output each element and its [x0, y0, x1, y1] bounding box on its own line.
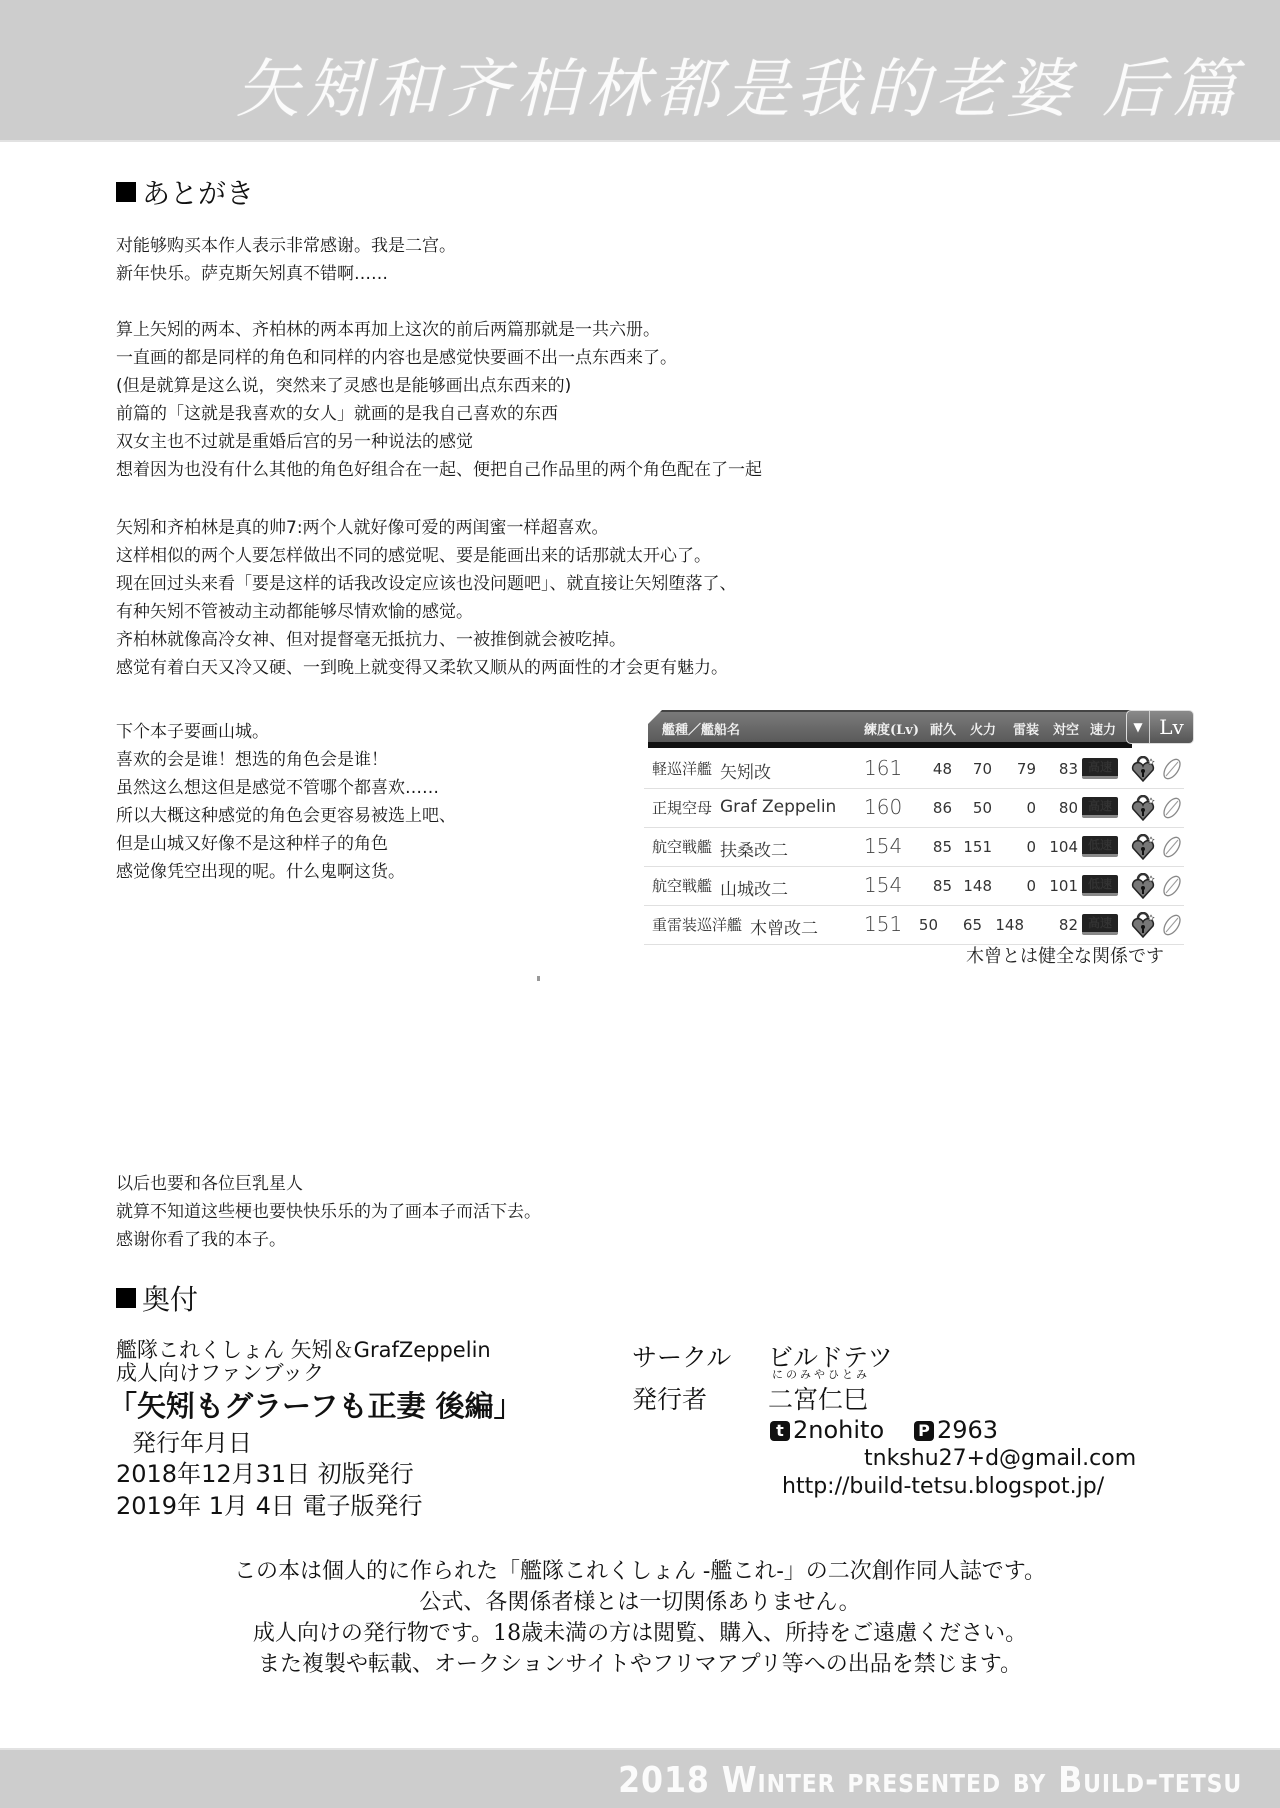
ship-firepower: 151: [956, 838, 992, 856]
dropdown-arrow-icon[interactable]: ▼: [1127, 711, 1150, 743]
ship-level: 161: [864, 756, 902, 780]
ship-type: 正規空母: [652, 797, 712, 818]
sort-dropdown[interactable]: ▼ Lv: [1126, 710, 1194, 744]
afterword-paragraph-5: 以后也要和各位巨乳星人 就算不知道这些梗也要快快乐乐的为了画本子而活下去。 感谢…: [116, 1170, 541, 1254]
table-caption: 木曾とは健全な関係です: [966, 942, 1164, 968]
ship-type: 航空戦艦: [652, 875, 712, 896]
ship-hp: 85: [916, 877, 952, 895]
col-header-firepower: 火力: [970, 719, 996, 738]
ship-level: 154: [864, 873, 902, 897]
twitter-handle: 2nohito: [793, 1416, 884, 1444]
heart-lock-icon: [1130, 756, 1156, 782]
afterword-paragraph-2: 算上矢矧的两本、齐柏林的两本再加上这次的前后两篇那就是一共六册。 一直画的都是同…: [116, 316, 762, 484]
bottom-banner: 2018 Winter presented by Build-tetsu: [0, 1748, 1280, 1808]
series-line: 艦隊これくしょん 矢矧＆GrafZeppelin: [116, 1338, 523, 1362]
afterword-paragraph-4: 下个本子要画山城。 喜欢的会是谁！想选的角色会是谁！ 虽然这么想这但是感觉不管哪…: [116, 718, 456, 886]
ship-torpedo: 0: [1000, 799, 1036, 817]
text-line: 感觉有着白天又冷又硬、一到晚上就变得又柔软又顺从的两面性的才会更有魅力。: [116, 654, 737, 682]
text-line: 前篇的「这就是我喜欢的女人」就画的是我自己喜欢的东西: [116, 400, 762, 428]
wedding-ring-icon: [1160, 912, 1184, 938]
publisher-name: 二宮仁巳: [768, 1380, 868, 1416]
ship-firepower: 65: [946, 916, 982, 934]
footer-credit: 2018 Winter presented by Build-tetsu: [618, 1760, 1242, 1801]
ship-name: 矢矧改: [720, 758, 771, 783]
heart-lock-icon: [1130, 873, 1156, 899]
speed-badge: 高速: [1082, 914, 1118, 935]
pixiv-contact[interactable]: P2963: [914, 1416, 998, 1444]
ship-name: 扶桑改二: [720, 836, 788, 861]
ship-torpedo: 79: [1000, 760, 1036, 778]
col-header-speed: 速力: [1090, 719, 1116, 738]
text-line: 喜欢的会是谁！想选的角色会是谁！: [116, 746, 456, 774]
square-bullet-icon: [116, 182, 136, 202]
ship-aa: 82: [1042, 916, 1078, 934]
afterword-heading-label: あとがき: [142, 172, 254, 212]
col-header-lv: 練度(Lv): [864, 719, 919, 738]
table-row: 航空戦艦 扶桑改二 154 85 151 0 104 低速: [644, 828, 1184, 867]
ship-type: 重雷装巡洋艦: [652, 914, 742, 935]
ship-aa: 104: [1042, 838, 1078, 856]
ship-type: 航空戦艦: [652, 836, 712, 857]
ship-hp: 86: [916, 799, 952, 817]
text-line: 算上矢矧的两本、齐柏林的两本再加上这次的前后两篇那就是一共六册。: [116, 316, 762, 344]
ship-firepower: 70: [956, 760, 992, 778]
date-label: 発行年月日: [132, 1428, 523, 1458]
colophon-book-info: 艦隊これくしょん 矢矧＆GrafZeppelin 成人向けファンブック 「矢矧も…: [116, 1338, 523, 1522]
col-header-aa: 対空: [1053, 719, 1079, 738]
ship-hp: 50: [902, 916, 938, 934]
website-link[interactable]: http://build-tetsu.blogspot.jp/: [782, 1474, 1104, 1499]
col-header-hp: 耐久: [930, 719, 956, 738]
disclaimer-line: この本は個人的に作られた「艦隊これくしょん -艦これ-」の二次創作同人誌です。: [0, 1556, 1280, 1587]
page-title: 矢矧和齐柏林都是我的老婆 后篇: [236, 38, 1242, 130]
disclaimer-line: 成人向けの発行物です。18歳未満の方は閲覧、購入、所持をご遠慮ください。: [0, 1618, 1280, 1649]
legal-disclaimer: この本は個人的に作られた「艦隊これくしょん -艦これ-」の二次創作同人誌です。 …: [0, 1556, 1280, 1680]
square-bullet-icon: [116, 1288, 136, 1308]
wedding-ring-icon: [1160, 795, 1184, 821]
sort-label: Lv: [1150, 715, 1193, 739]
text-line: 感觉像凭空出现的呢。什么鬼啊这货。: [116, 858, 456, 886]
speed-badge: 高速: [1082, 758, 1118, 779]
disclaimer-line: また複製や転載、オークションサイトやフリマアプリ等への出品を禁じます。: [0, 1649, 1280, 1680]
ship-aa: 101: [1042, 877, 1078, 895]
table-row: 正規空母 Graf Zeppelin 160 86 50 0 80 高速: [644, 789, 1184, 828]
pixiv-icon: P: [914, 1421, 934, 1441]
afterword-paragraph-3: 矢矧和齐柏林是真的帅7:两个人就好像可爱的两闺蜜一样超喜欢。 这样相似的两个人要…: [116, 514, 737, 682]
text-line: 虽然这么想这但是感觉不管哪个都喜欢……: [116, 774, 456, 802]
ship-name: Graf Zeppelin: [720, 797, 836, 817]
afterword-heading: あとがき: [116, 172, 254, 212]
wedding-ring-icon: [1160, 873, 1184, 899]
text-line: 双女主也不过就是重婚后宫的另一种说法的感觉: [116, 428, 762, 456]
heart-lock-icon: [1130, 834, 1156, 860]
table-row: 重雷装巡洋艦 木曾改二 151 50 65 148 82 高速: [644, 906, 1184, 945]
ship-firepower: 50: [956, 799, 992, 817]
table-row: 軽巡洋艦 矢矧改 161 48 70 79 83 高速: [644, 750, 1184, 789]
wedding-ring-icon: [1160, 756, 1184, 782]
text-line: 以后也要和各位巨乳星人: [116, 1170, 541, 1198]
speed-badge: 高速: [1082, 797, 1118, 818]
text-line: 就算不知道这些梗也要快快乐乐的为了画本子而活下去。: [116, 1198, 541, 1226]
text-line: 一直画的都是同样的角色和同样的内容也是感觉快要画不出一点东西来了。: [116, 344, 762, 372]
heart-lock-icon: [1130, 912, 1156, 938]
circle-label: サークル: [632, 1338, 731, 1374]
text-line: 矢矧和齐柏林是真的帅7:两个人就好像可爱的两闺蜜一样超喜欢。: [116, 514, 737, 542]
text-line: 有种矢矧不管被动主动都能够尽情欢愉的感觉。: [116, 598, 737, 626]
text-line: 感谢你看了我的本子。: [116, 1226, 541, 1254]
ship-firepower: 148: [956, 877, 992, 895]
date-digital-edition: 2019年 1月 4日 電子版発行: [116, 1490, 523, 1522]
top-banner: 矢矧和齐柏林都是我的老婆 后篇: [0, 0, 1280, 142]
publisher-label: 発行者: [632, 1380, 707, 1416]
text-line: 但是山城又好像不是这种样子的角色: [116, 830, 456, 858]
ship-name: 木曾改二: [750, 914, 818, 939]
text-line: 现在回过头来看「要是这样的话我改设定应该也没问题吧」、就直接让矢矧堕落了、: [116, 570, 737, 598]
book-title: 「矢矧もグラーフも正妻 後編」: [108, 1384, 523, 1428]
pixiv-id: 2963: [937, 1416, 998, 1444]
twitter-icon: t: [770, 1421, 790, 1441]
text-line: 新年快乐。萨克斯矢矧真不错啊……: [116, 260, 456, 288]
text-line: 想着因为也没有什么其他的角色好组合在一起、便把自己作品里的两个角色配在了一起: [116, 456, 762, 484]
colophon-heading: 奥付: [116, 1278, 198, 1318]
date-first-edition: 2018年12月31日 初版発行: [116, 1458, 523, 1490]
type-line: 成人向けファンブック: [116, 1362, 523, 1384]
col-header-ship: 艦種／艦船名: [662, 719, 740, 738]
ship-aa: 80: [1042, 799, 1078, 817]
speed-badge: 低速: [1082, 875, 1118, 896]
disclaimer-line: 公式、各関係者様とは一切関係ありません。: [0, 1587, 1280, 1618]
ship-name: 山城改二: [720, 875, 788, 900]
ship-torpedo: 0: [1000, 877, 1036, 895]
text-line: 这样相似的两个人要怎样做出不同的感觉呢、要是能画出来的话那就太开心了。: [116, 542, 737, 570]
text-line: (但是就算是这么说，突然来了灵感也是能够画出点东西来的): [116, 372, 762, 400]
text-line: 对能够购买本作人表示非常感谢。我是二宫。: [116, 232, 456, 260]
twitter-contact[interactable]: t2nohito: [770, 1416, 884, 1444]
wedding-ring-icon: [1160, 834, 1184, 860]
ship-torpedo: 0: [1000, 838, 1036, 856]
afterword-paragraph-1: 对能够购买本作人表示非常感谢。我是二宫。 新年快乐。萨克斯矢矧真不错啊……: [116, 232, 456, 288]
text-line: 下个本子要画山城。: [116, 718, 456, 746]
ship-aa: 83: [1042, 760, 1078, 778]
table-row: 航空戦艦 山城改二 154 85 148 0 101 低速: [644, 867, 1184, 906]
col-header-torpedo: 雷装: [1013, 719, 1039, 738]
stray-mark: [537, 976, 540, 981]
speed-badge: 低速: [1082, 836, 1118, 857]
table-header-row: 艦種／艦船名 練度(Lv) 耐久 火力 雷装 対空 速力 ▼ Lv: [644, 710, 1194, 750]
ship-hp: 85: [916, 838, 952, 856]
ship-hp: 48: [916, 760, 952, 778]
email-link[interactable]: tnkshu27+d@gmail.com: [864, 1446, 1136, 1471]
table-header-bar: 艦種／艦船名 練度(Lv) 耐久 火力 雷装 対空 速力: [648, 710, 1132, 748]
ship-level: 151: [864, 912, 902, 936]
text-line: 齐柏林就像高冷女神、但对提督毫无抵抗力、一被推倒就会被吃掉。: [116, 626, 737, 654]
ship-level: 160: [864, 795, 902, 819]
ship-list-table: 艦種／艦船名 練度(Lv) 耐久 火力 雷装 対空 速力 ▼ Lv 軽巡洋艦 矢…: [644, 710, 1194, 945]
text-line: 所以大概这种感觉的角色会更容易被选上吧、: [116, 802, 456, 830]
colophon-heading-label: 奥付: [142, 1278, 198, 1318]
ship-type: 軽巡洋艦: [652, 758, 712, 779]
heart-lock-icon: [1130, 795, 1156, 821]
ship-level: 154: [864, 834, 902, 858]
ship-torpedo: 148: [988, 916, 1024, 934]
